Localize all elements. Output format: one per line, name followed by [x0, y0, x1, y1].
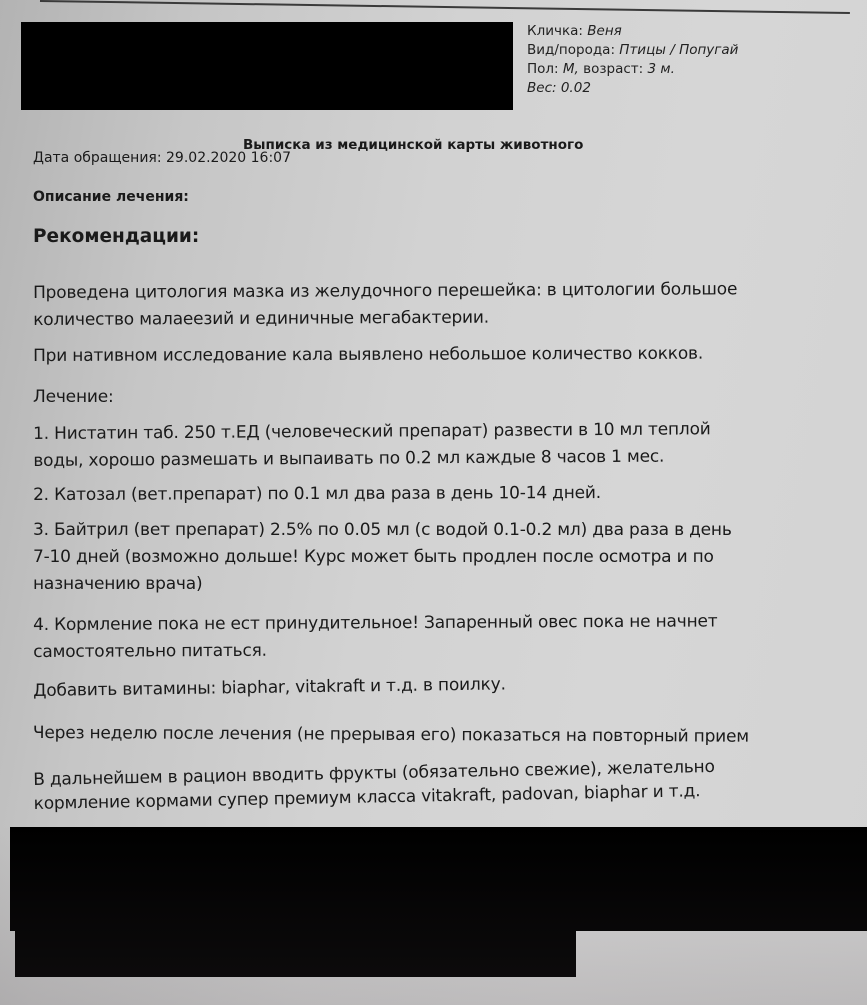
pet-weight-row: Вес: 0.02 — [527, 79, 738, 98]
text-line: воды, хорошо размешать и выпаивать по 0.… — [33, 442, 867, 475]
diet-paragraph: В дальнейшем в рацион вводить фрукты (об… — [33, 752, 867, 816]
pet-sex-age-row: Пол: М, возраст: 3 м. — [527, 60, 738, 79]
text-line: 3. Байтрил (вет препарат) 2.5% по 0.05 м… — [33, 517, 867, 544]
pet-weight-label: Вес: — [527, 80, 557, 96]
paper-edge — [40, 0, 850, 14]
pet-weight-value: 0.02 — [561, 80, 591, 96]
text-line: 2. Катозал (вет.препарат) по 0.1 мл два … — [33, 479, 867, 509]
pet-species-label: Вид/порода: — [527, 42, 615, 58]
visit-date-label: Дата обращения: — [33, 150, 162, 166]
redacted-signature-block — [10, 827, 867, 931]
visit-date-value: 29.02.2020 16:07 — [166, 150, 291, 166]
revisit-paragraph: Через неделю после лечения (не прерывая … — [33, 720, 867, 751]
pet-name-row: Кличка: Веня — [527, 22, 738, 41]
document-title: Выписка из медицинской карты животного — [243, 137, 583, 153]
pet-sex-label: Пол: — [527, 61, 559, 77]
text-line: Проведена цитология мазка из желудочного… — [33, 276, 867, 307]
redacted-footer-block — [15, 931, 576, 977]
vitamins-paragraph: Добавить витамины: biaphar, vitakraft и … — [33, 666, 867, 705]
text-line: 7-10 дней (возможно дольше! Курс может б… — [33, 544, 867, 571]
pet-species-row: Вид/порода: Птицы / Попугай — [527, 41, 738, 60]
pet-age-label: возраст: — [583, 61, 643, 77]
visit-date: Дата обращения: 29.02.2020 16:07 — [33, 150, 291, 166]
treatment-item-baytril: 3. Байтрил (вет препарат) 2.5% по 0.05 м… — [33, 517, 867, 598]
pet-species-value: Птицы / Попугай — [619, 42, 738, 58]
text-line: назначению врача) — [33, 571, 867, 598]
text-line: количество малаеезий и единичные мегабак… — [33, 303, 867, 334]
treatment-item-catosal: 2. Катозал (вет.препарат) по 0.1 мл два … — [33, 479, 867, 509]
redacted-clinic-header — [21, 22, 513, 110]
pet-name-label: Кличка: — [527, 23, 583, 39]
pet-age-value: 3 м. — [648, 61, 675, 77]
pet-sex-value: М, — [563, 61, 579, 77]
feces-paragraph: При нативном исследование кала выявлено … — [33, 340, 867, 370]
pet-info-block: Кличка: Веня Вид/порода: Птицы / Попугай… — [527, 22, 738, 98]
pet-name-value: Веня — [587, 23, 622, 39]
text-line: самостоятельно питаться. — [33, 635, 867, 666]
recommendations-heading: Рекомендации: — [33, 226, 199, 247]
treatment-item-feeding: 4. Кормление пока не ест принудительное!… — [33, 608, 867, 666]
text-line: 4. Кормление пока не ест принудительное!… — [33, 608, 867, 639]
treatment-description-label: Описание лечения: — [33, 189, 189, 205]
treatment-item-nystatin: 1. Нистатин таб. 250 т.ЕД (человеческий … — [33, 415, 867, 475]
cytology-paragraph: Проведена цитология мазка из желудочного… — [33, 276, 867, 334]
treatment-label: Лечение: — [33, 384, 867, 411]
